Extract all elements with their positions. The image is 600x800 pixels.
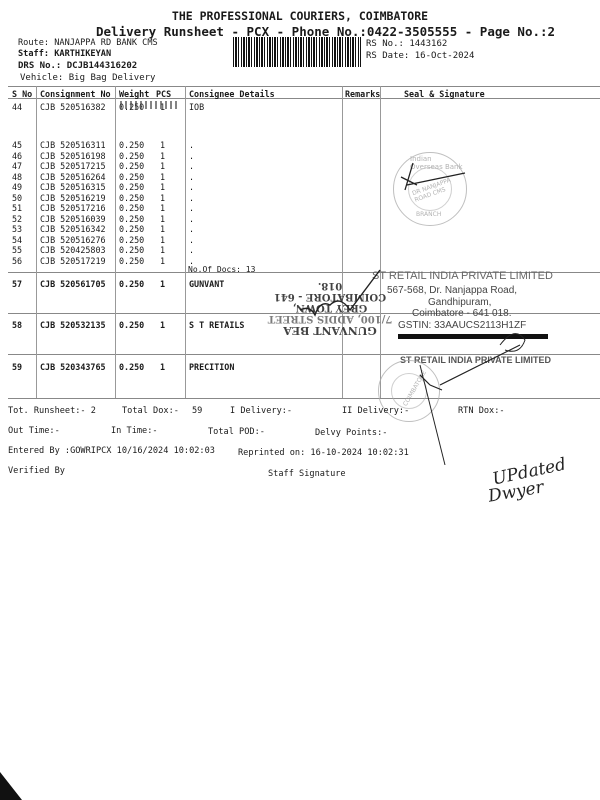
pcs: 1 <box>160 279 165 289</box>
pcs: 1 <box>160 140 165 150</box>
pcs: 1 <box>160 172 165 182</box>
consignment-no: CJB 520516315 <box>40 182 106 192</box>
tot-runsheet: Tot. Runsheet:- 2 <box>8 406 96 416</box>
sno: 58 <box>12 320 22 330</box>
pcs: 1 <box>160 214 165 224</box>
col-header-pcs: PCS <box>156 89 171 99</box>
delvy-points: Delvy Points:- <box>315 428 387 438</box>
weight: 0.250 <box>119 140 144 150</box>
weight: 0.250 <box>119 182 144 192</box>
pcs: 1 <box>160 256 165 266</box>
weight: 0.250 <box>119 235 144 245</box>
consignment-no: CJB 520532135 <box>40 320 106 330</box>
consignee: S T RETAILS <box>189 320 244 330</box>
sno: 48 <box>12 172 22 182</box>
consignee: . <box>189 256 194 266</box>
sno: 45 <box>12 140 22 150</box>
pcs: 1 <box>160 320 165 330</box>
consignment-no: CJB 520516342 <box>40 224 106 234</box>
sno: 44 <box>12 102 22 112</box>
weight: 0.250 <box>119 224 144 234</box>
consignment-no: CJB 520516264 <box>40 172 106 182</box>
consignee: . <box>189 224 194 234</box>
consignment-no: CJB 520425803 <box>40 245 106 255</box>
vehicle: Vehicle: Big Bag Delivery <box>20 73 155 83</box>
company-name: THE PROFESSIONAL COURIERS, COIMBATORE <box>0 9 600 23</box>
pcs: 1 <box>160 182 165 192</box>
signature-iob <box>395 155 475 205</box>
weight: 0.250 <box>119 320 144 330</box>
out-time: Out Time:- <box>8 426 60 436</box>
consignee: . <box>189 193 194 203</box>
consignee: . <box>189 203 194 213</box>
sno: 50 <box>12 193 22 203</box>
col-header-consignee: Consignee Details <box>189 89 275 99</box>
pcs: 1 <box>160 161 165 171</box>
route: Route: NANJAPPA RD BANK CMS <box>18 38 158 48</box>
ii-delivery: II Delivery:- <box>342 406 409 416</box>
consignee: . <box>189 172 194 182</box>
pcs: 1 <box>160 224 165 234</box>
consignment-no: CJB 520561705 <box>40 279 106 289</box>
col-header-seal: Seal & Signature <box>404 89 485 99</box>
consignee: . <box>189 214 194 224</box>
weight: 0.250 <box>119 214 144 224</box>
total-pod: Total POD:- <box>208 427 265 437</box>
sno: 53 <box>12 224 22 234</box>
consignment-no: CJB 520517215 <box>40 161 106 171</box>
sno: 55 <box>12 245 22 255</box>
verified-by: Verified By <box>8 466 65 476</box>
col-header-weight: Weight <box>119 89 149 99</box>
consignment-no: CJB 520516382 <box>40 102 106 112</box>
consignee: PRECITION <box>189 362 234 372</box>
pcs: 1 <box>160 203 165 213</box>
consignee: IOB <box>189 102 204 112</box>
barcode <box>233 37 361 67</box>
weight: 0.250 <box>119 256 144 266</box>
weight: 0.250 <box>119 161 144 171</box>
col-header-sno: S No <box>12 89 32 99</box>
consignment-no: CJB 520517216 <box>40 203 106 213</box>
sno: 46 <box>12 151 22 161</box>
consignment-no: CJB 520516311 <box>40 140 106 150</box>
rs-date: RS Date: 16-Oct-2024 <box>366 51 474 61</box>
weight: 0.250 <box>119 203 144 213</box>
consignee: . <box>189 235 194 245</box>
staff: Staff: KARTHIKEYAN <box>18 49 111 59</box>
sno: 56 <box>12 256 22 266</box>
weight: 0.250 <box>119 362 144 372</box>
rtn-dox: RTN Dox:- <box>458 406 505 416</box>
sno: 52 <box>12 214 22 224</box>
consignment-no: CJB 520516039 <box>40 214 106 224</box>
consignment-no: CJB 520343765 <box>40 362 106 372</box>
consignment-no: CJB 520517219 <box>40 256 106 266</box>
sno: 57 <box>12 279 22 289</box>
col-header-consignment: Consignment No <box>40 89 111 99</box>
total-dox-value: 59 <box>192 406 202 416</box>
consignee: . <box>189 140 194 150</box>
weight: 0.250 <box>119 151 144 161</box>
pcs: 1 <box>160 193 165 203</box>
drs-number: DRS No.: DCJB144316202 <box>18 61 137 71</box>
reprinted-on: Reprinted on: 16-10-2024 10:02:31 <box>238 448 409 458</box>
sno: 47 <box>12 161 22 171</box>
consignment-no: CJB 520516219 <box>40 193 106 203</box>
weight: 0.250 <box>119 279 144 289</box>
rs-number: RS No.: 1443162 <box>366 39 447 49</box>
pcs: 1 <box>160 235 165 245</box>
consignment-no: CJB 520516276 <box>40 235 106 245</box>
col-header-remarks: Remarks <box>345 89 380 99</box>
consignee: . <box>189 245 194 255</box>
sno: 51 <box>12 203 22 213</box>
scribble-mark <box>120 101 180 109</box>
weight: 0.250 <box>119 172 144 182</box>
consignee: GUNVANT <box>189 279 224 289</box>
total-dox-label: Total Dox:- <box>122 406 179 416</box>
no-of-docs: No.Of Docs: 13 <box>188 265 255 274</box>
pcs: 1 <box>160 362 165 372</box>
page-corner-shadow <box>0 772 22 800</box>
consignment-no: CJB 520516198 <box>40 151 106 161</box>
i-delivery: I Delivery:- <box>230 406 292 416</box>
entered-by: Entered By :GOWRIPCX 10/16/2024 10:02:03 <box>8 446 215 456</box>
staff-signature-label: Staff Signature <box>268 469 346 479</box>
sno: 54 <box>12 235 22 245</box>
weight: 0.250 <box>119 193 144 203</box>
consignee: . <box>189 151 194 161</box>
sno: 59 <box>12 362 22 372</box>
consignee: . <box>189 161 194 171</box>
pcs: 1 <box>160 245 165 255</box>
stamp-text: BRANCH <box>416 211 441 218</box>
consignee: . <box>189 182 194 192</box>
pcs: 1 <box>160 151 165 161</box>
in-time: In Time:- <box>111 426 158 436</box>
sno: 49 <box>12 182 22 192</box>
weight: 0.250 <box>119 245 144 255</box>
